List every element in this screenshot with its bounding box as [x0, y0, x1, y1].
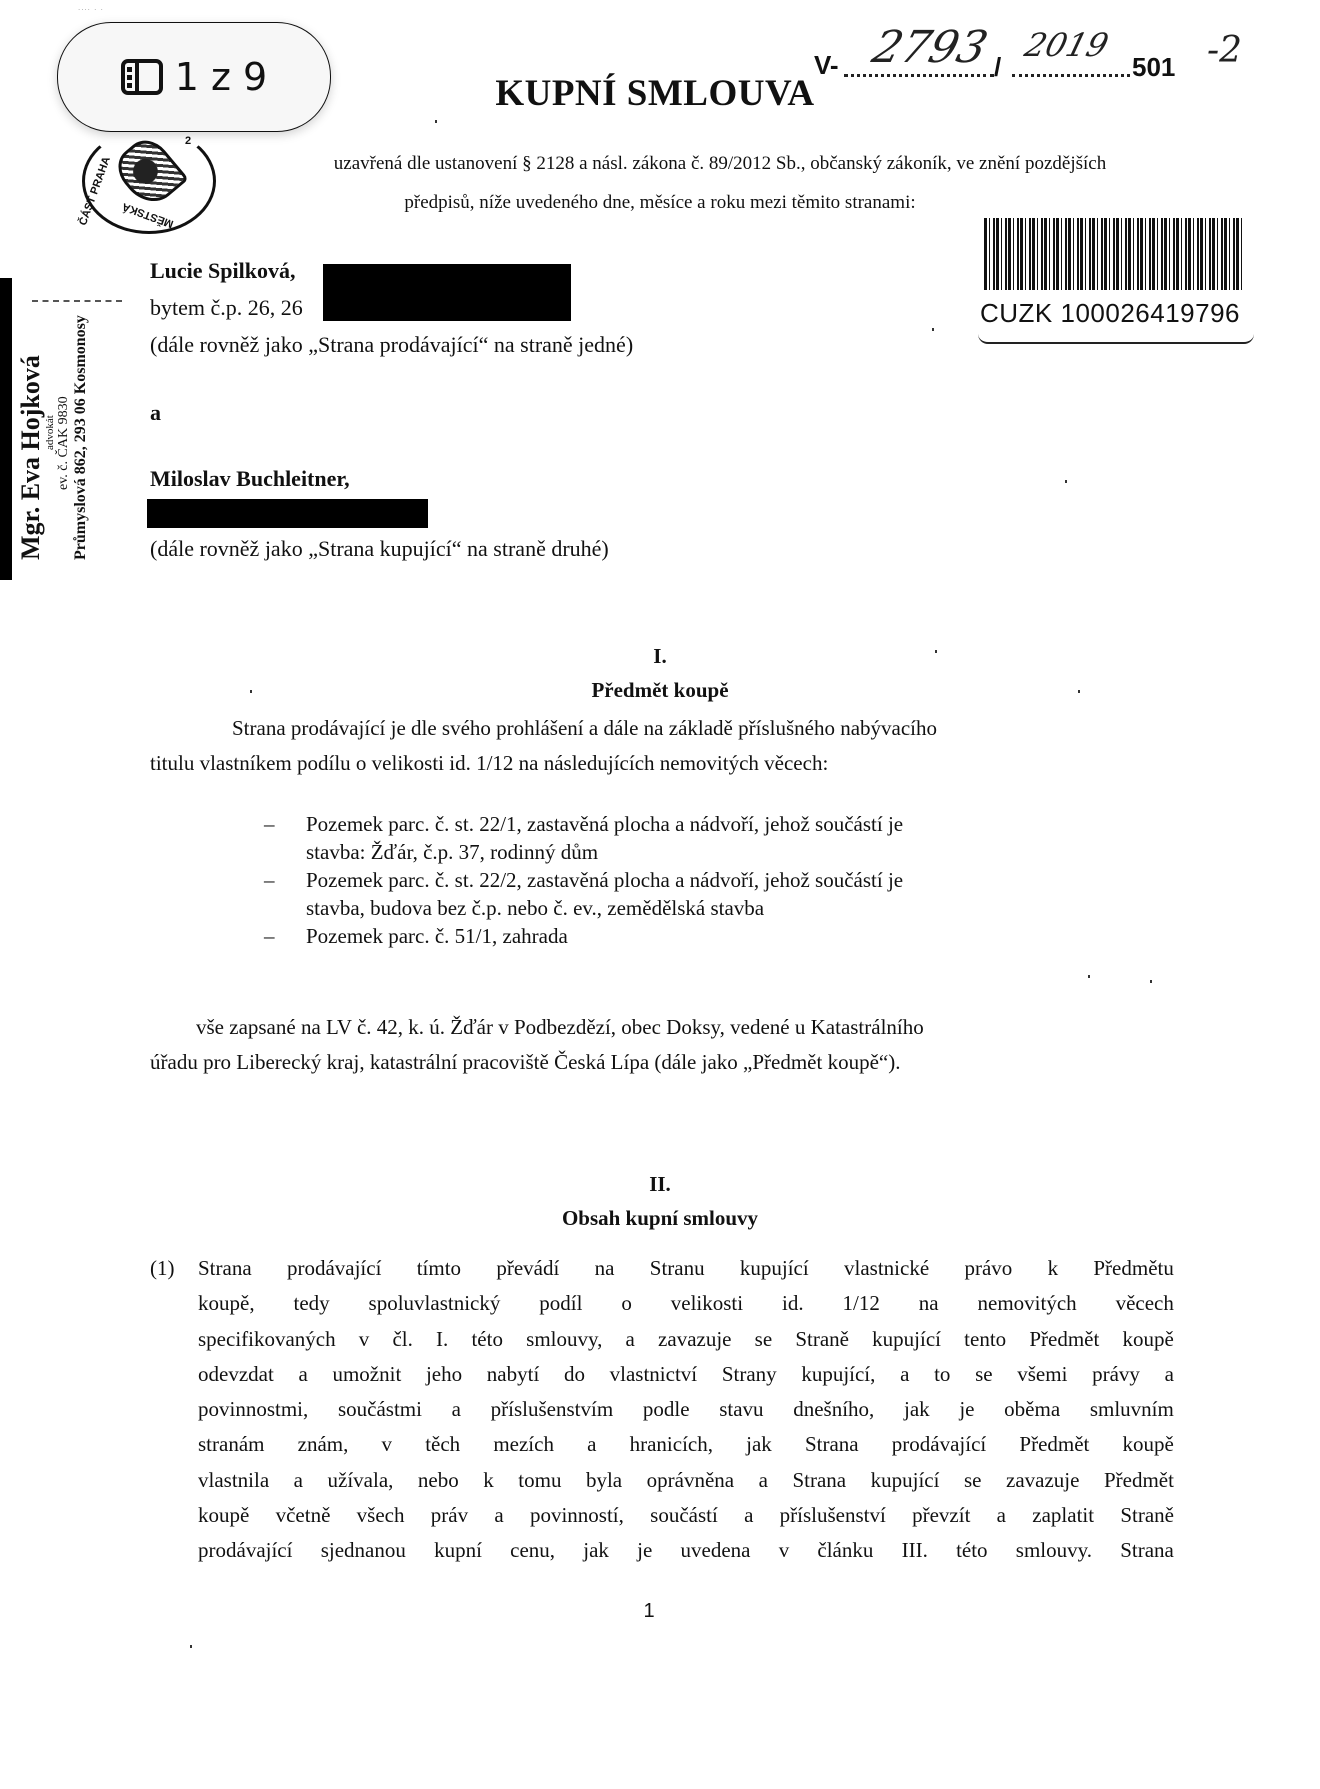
- intro-text: uzavřená dle ustanovení § 2128 a násl. z…: [0, 144, 1320, 222]
- conjunction: a: [150, 400, 161, 426]
- property-item-line: Pozemek parc. č. st. 22/1, zastavěná plo…: [306, 810, 1144, 838]
- intro-line-1: uzavřená dle ustanovení § 2128 a násl. z…: [0, 144, 1320, 183]
- property-item-line: Pozemek parc. č. 51/1, zahrada: [306, 922, 1144, 950]
- handwritten-tail: -2: [1207, 30, 1242, 71]
- notary-role: advokát: [44, 240, 56, 450]
- buyer-designation: (dále rovněž jako „Strana kupující“ na s…: [150, 536, 609, 562]
- seller-designation: (dále rovněž jako „Strana prodávající“ n…: [150, 332, 633, 358]
- section-2-title: Obsah kupní smlouvy: [0, 1206, 1320, 1231]
- page-number: 1: [0, 1600, 1298, 1623]
- clause-line: prodávajícísjednanoukupnícenu,jakjeuvede…: [198, 1533, 1174, 1568]
- redaction-buyer: [147, 499, 428, 528]
- notary-ev-number: ev. č. ČAK 9830: [56, 240, 72, 490]
- property-item: – Pozemek parc. č. 51/1, zahrada: [264, 922, 1144, 950]
- section-2-number: II.: [0, 1172, 1320, 1197]
- document-page: ···· · · 1 z 9 V- 2793 / 2019 501 -2 KUP…: [0, 0, 1320, 1789]
- section-1-title: Předmět koupě: [0, 678, 1320, 703]
- clause-line: stranámznám,vtěchmezíchahranicích,jakStr…: [198, 1427, 1174, 1462]
- intro-line-2: předpisů, níže uvedeného dne, měsíce a r…: [0, 183, 1320, 222]
- seller-name: Lucie Spilková,: [150, 258, 295, 284]
- property-item: – Pozemek parc. č. st. 22/2, zastavěná p…: [264, 866, 1144, 922]
- title-text: KUPNÍ SMLOUVA: [495, 72, 814, 115]
- clause-line: specifikovanýchvčl.I.tétosmlouvy,azavazu…: [198, 1322, 1174, 1357]
- seller-address: bytem č.p. 26, 26: [150, 295, 303, 321]
- clause-number: (1): [150, 1251, 175, 1286]
- clause-line: koupěvčetněvšechprávapovinností,součástí…: [198, 1498, 1174, 1533]
- property-item-line: stavba, budova bez č.p. nebo č. ev., zem…: [306, 894, 1144, 922]
- property-item: – Pozemek parc. č. st. 22/1, zastavěná p…: [264, 810, 1144, 866]
- notary-stamp: Mgr. Eva Hojková advokát ev. č. ČAK 9830…: [16, 240, 90, 560]
- handwritten-number: 2793: [867, 22, 993, 73]
- clause-line: StranaprodávajícítímtopřevádínaStranukup…: [198, 1251, 1174, 1286]
- clause-line: vlastnilaaužívala,neboktomubylaoprávněna…: [198, 1463, 1174, 1498]
- barcode-label: CUZK 100026419796: [980, 298, 1240, 329]
- section-1-outro-2: úřadu pro Liberecký kraj, katastrální pr…: [150, 1045, 900, 1079]
- section-1-outro-1: vše zapsané na LV č. 42, k. ú. Žďár v Po…: [196, 1010, 924, 1044]
- section-1-number: I.: [0, 644, 1320, 669]
- property-list: – Pozemek parc. č. st. 22/1, zastavěná p…: [264, 810, 1144, 950]
- clause-text: StranaprodávajícítímtopřevádínaStranukup…: [198, 1251, 1174, 1569]
- property-item-line: stavba: Žďár, č.p. 37, rodinný dům: [306, 838, 1144, 866]
- scan-artifact: ···· · ·: [78, 6, 104, 14]
- buyer-name: Miloslav Buchleitner,: [150, 466, 350, 492]
- scan-edge: [0, 278, 12, 580]
- section-1-intro-2: titulu vlastníkem podílu o velikosti id.…: [150, 746, 828, 780]
- redaction-seller-address: [323, 264, 571, 321]
- barcode: [984, 218, 1244, 290]
- clause-1: (1) StranaprodávajícítímtopřevádínaStran…: [150, 1251, 1174, 1569]
- property-item-line: Pozemek parc. č. st. 22/2, zastavěná plo…: [306, 866, 1144, 894]
- clause-line: koupě,tedyspoluvlastnickýpodílovelikosti…: [198, 1286, 1174, 1321]
- barcode-bracket: [978, 332, 1254, 344]
- document-title: KUPNÍ SMLOUVA: [0, 72, 1320, 115]
- clause-line: odevzdataumožnitjehonabytídovlastnictvíS…: [198, 1357, 1174, 1392]
- clause-line: povinnostmi,součástmiapříslušenstvímpodl…: [198, 1392, 1174, 1427]
- handwritten-year: 2019: [1021, 26, 1113, 64]
- notary-address: Průmyslová 862, 293 06 Kosmonosy: [72, 240, 90, 560]
- notary-name: Mgr. Eva Hojková: [16, 240, 46, 560]
- section-1-intro-1: Strana prodávající je dle svého prohláše…: [232, 711, 937, 745]
